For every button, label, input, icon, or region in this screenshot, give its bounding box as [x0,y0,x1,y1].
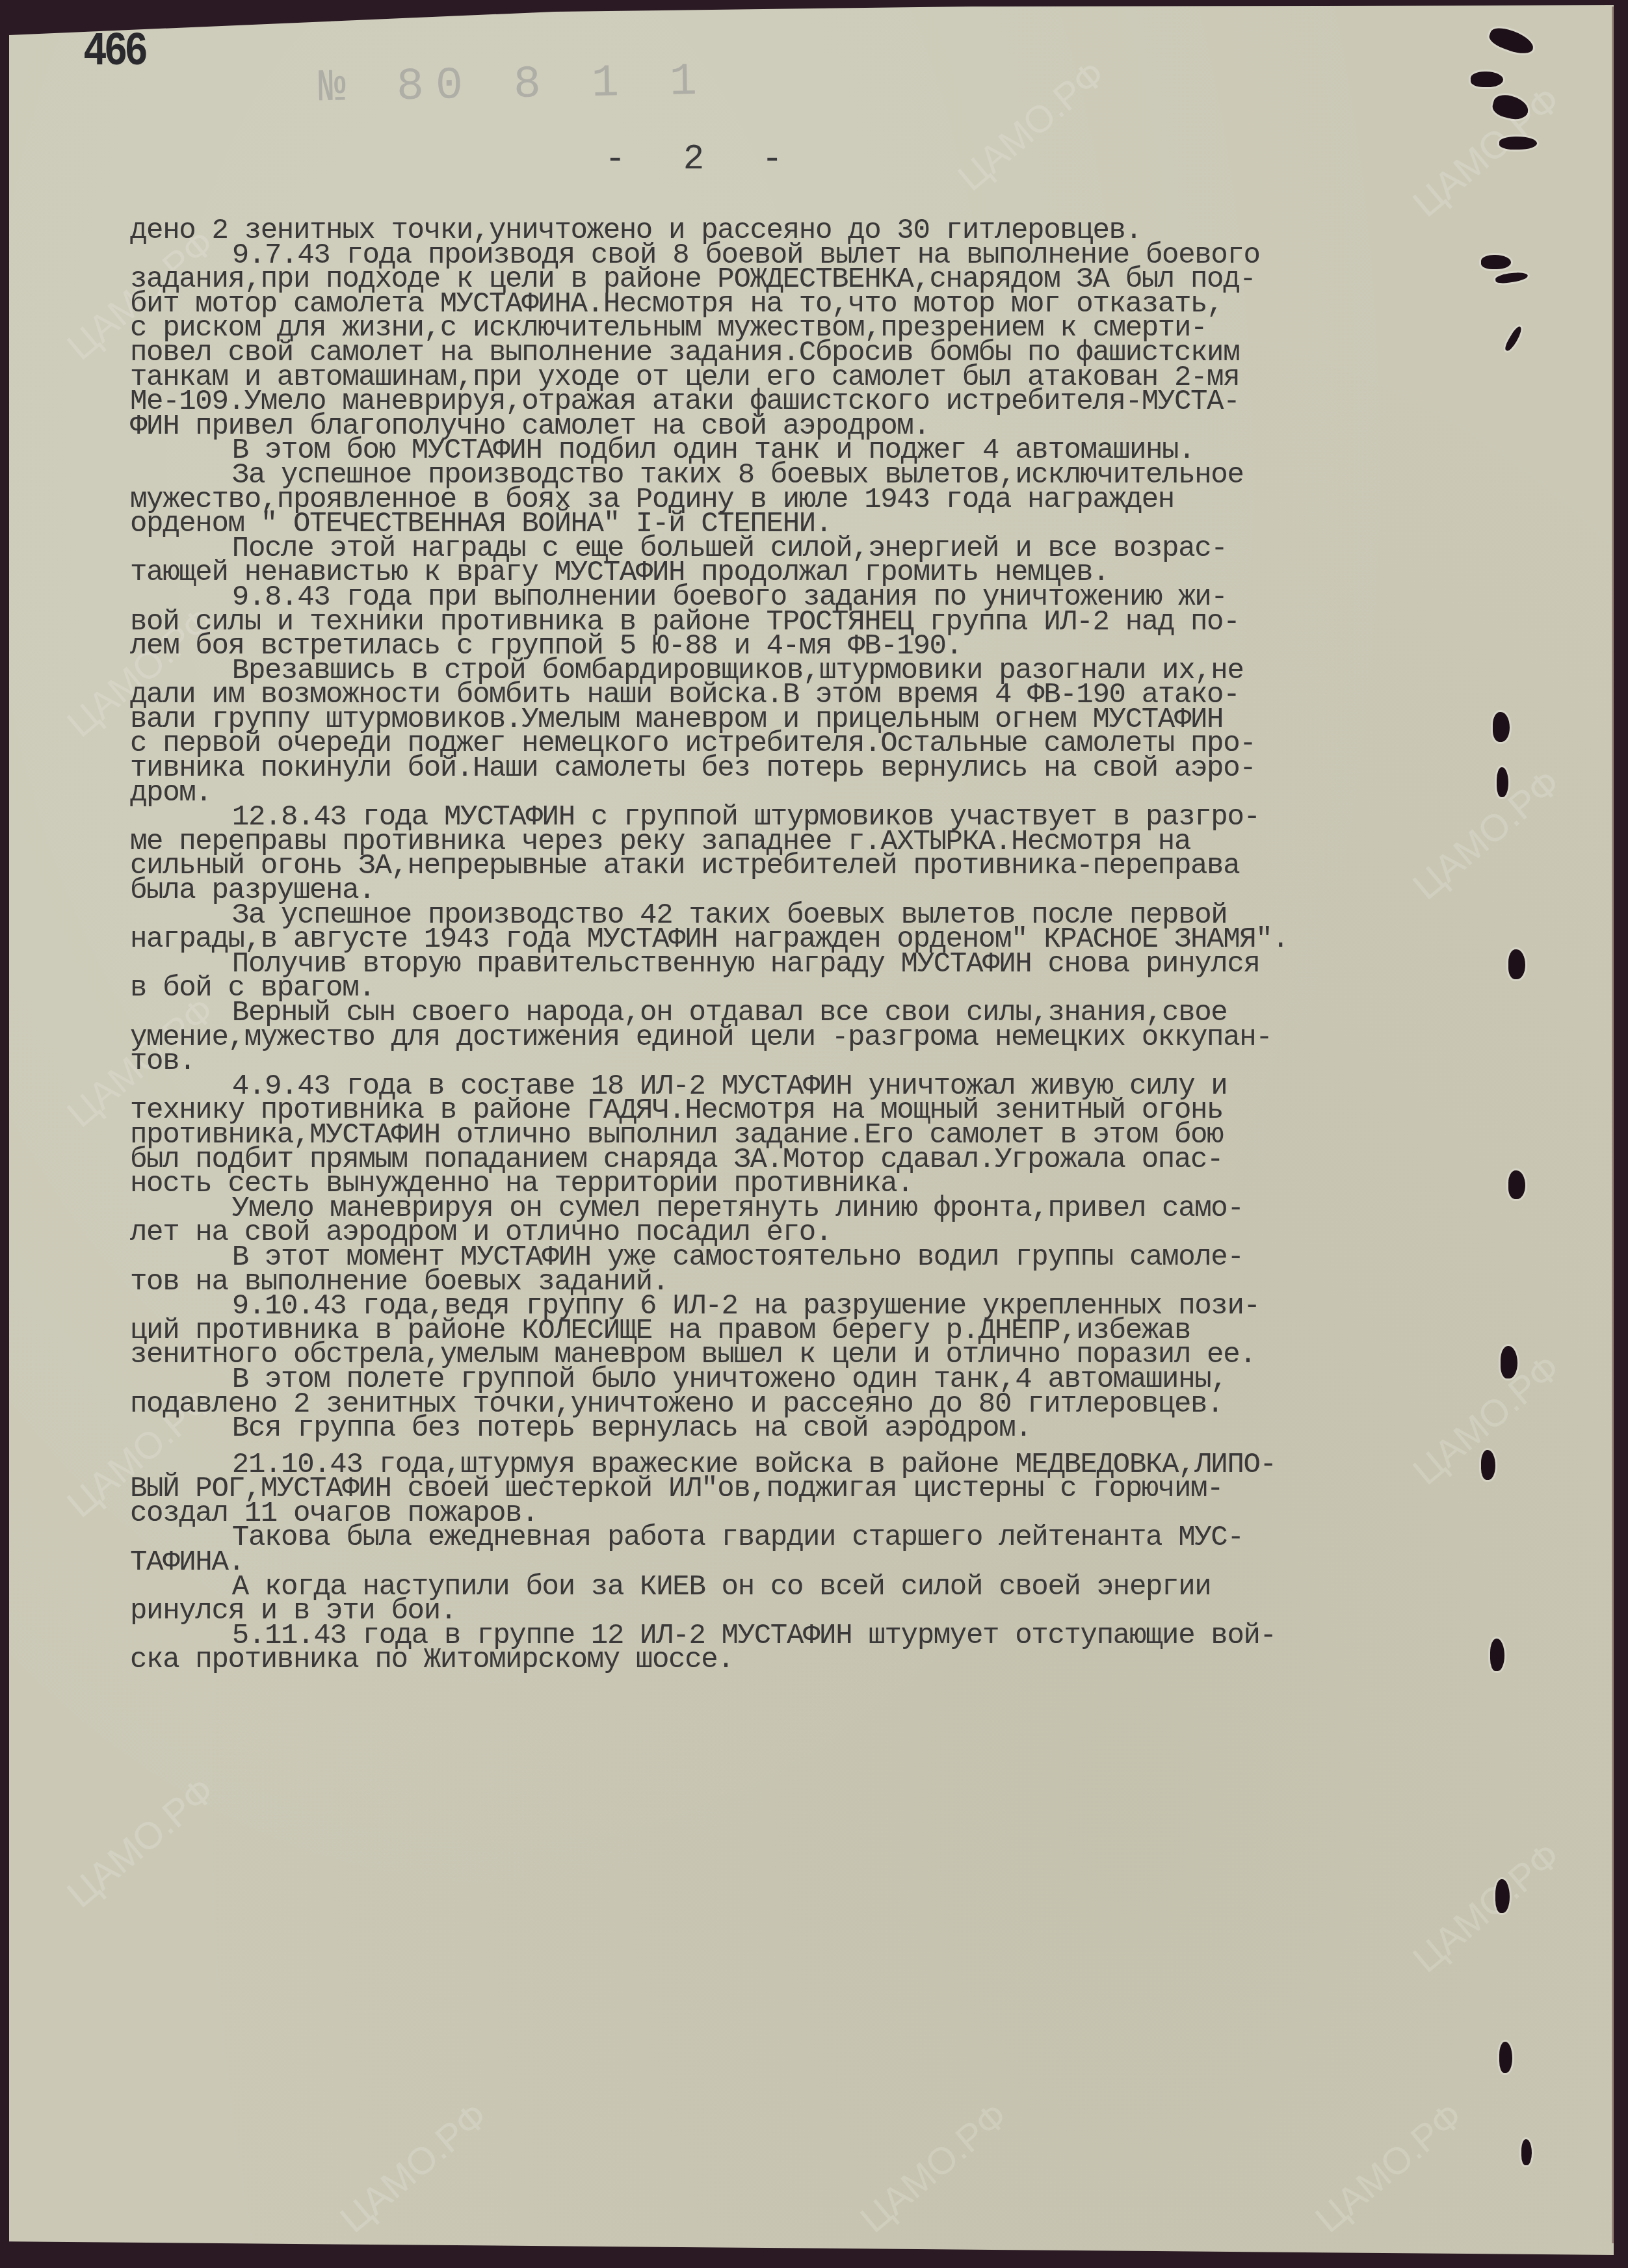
binding-hole [1493,712,1510,742]
binding-hole [1497,767,1508,797]
page-number-marker: - 2 - [605,140,801,179]
text-line: умение,мужество для достижения единой це… [130,1025,1506,1050]
binding-hole [1495,1879,1510,1913]
document-body: дено 2 зенитных точки,уничтожено и рассе… [130,218,1506,1672]
binding-hole [1499,137,1537,150]
folio-number: 466 [83,29,145,75]
page-edge [1612,7,1614,2243]
binding-hole [1508,949,1525,979]
binding-hole [1481,1450,1495,1480]
binding-hole [1490,1639,1504,1671]
binding-hole [1508,1170,1525,1199]
binding-hole [1471,72,1503,87]
binding-hole [1499,2042,1512,2073]
binding-hole [1501,1346,1517,1378]
binding-hole [1521,2139,1532,2165]
text-line: Вся группа без потерь вернулась на свой … [130,1416,1506,1441]
text-line: тивника покинули бой.Наши самолеты без п… [130,756,1506,781]
text-line: Такова была ежедневная работа гвардии ст… [130,1525,1506,1550]
binding-hole [1481,255,1511,269]
archive-stamp: № 80 8 1 1 [318,57,709,114]
